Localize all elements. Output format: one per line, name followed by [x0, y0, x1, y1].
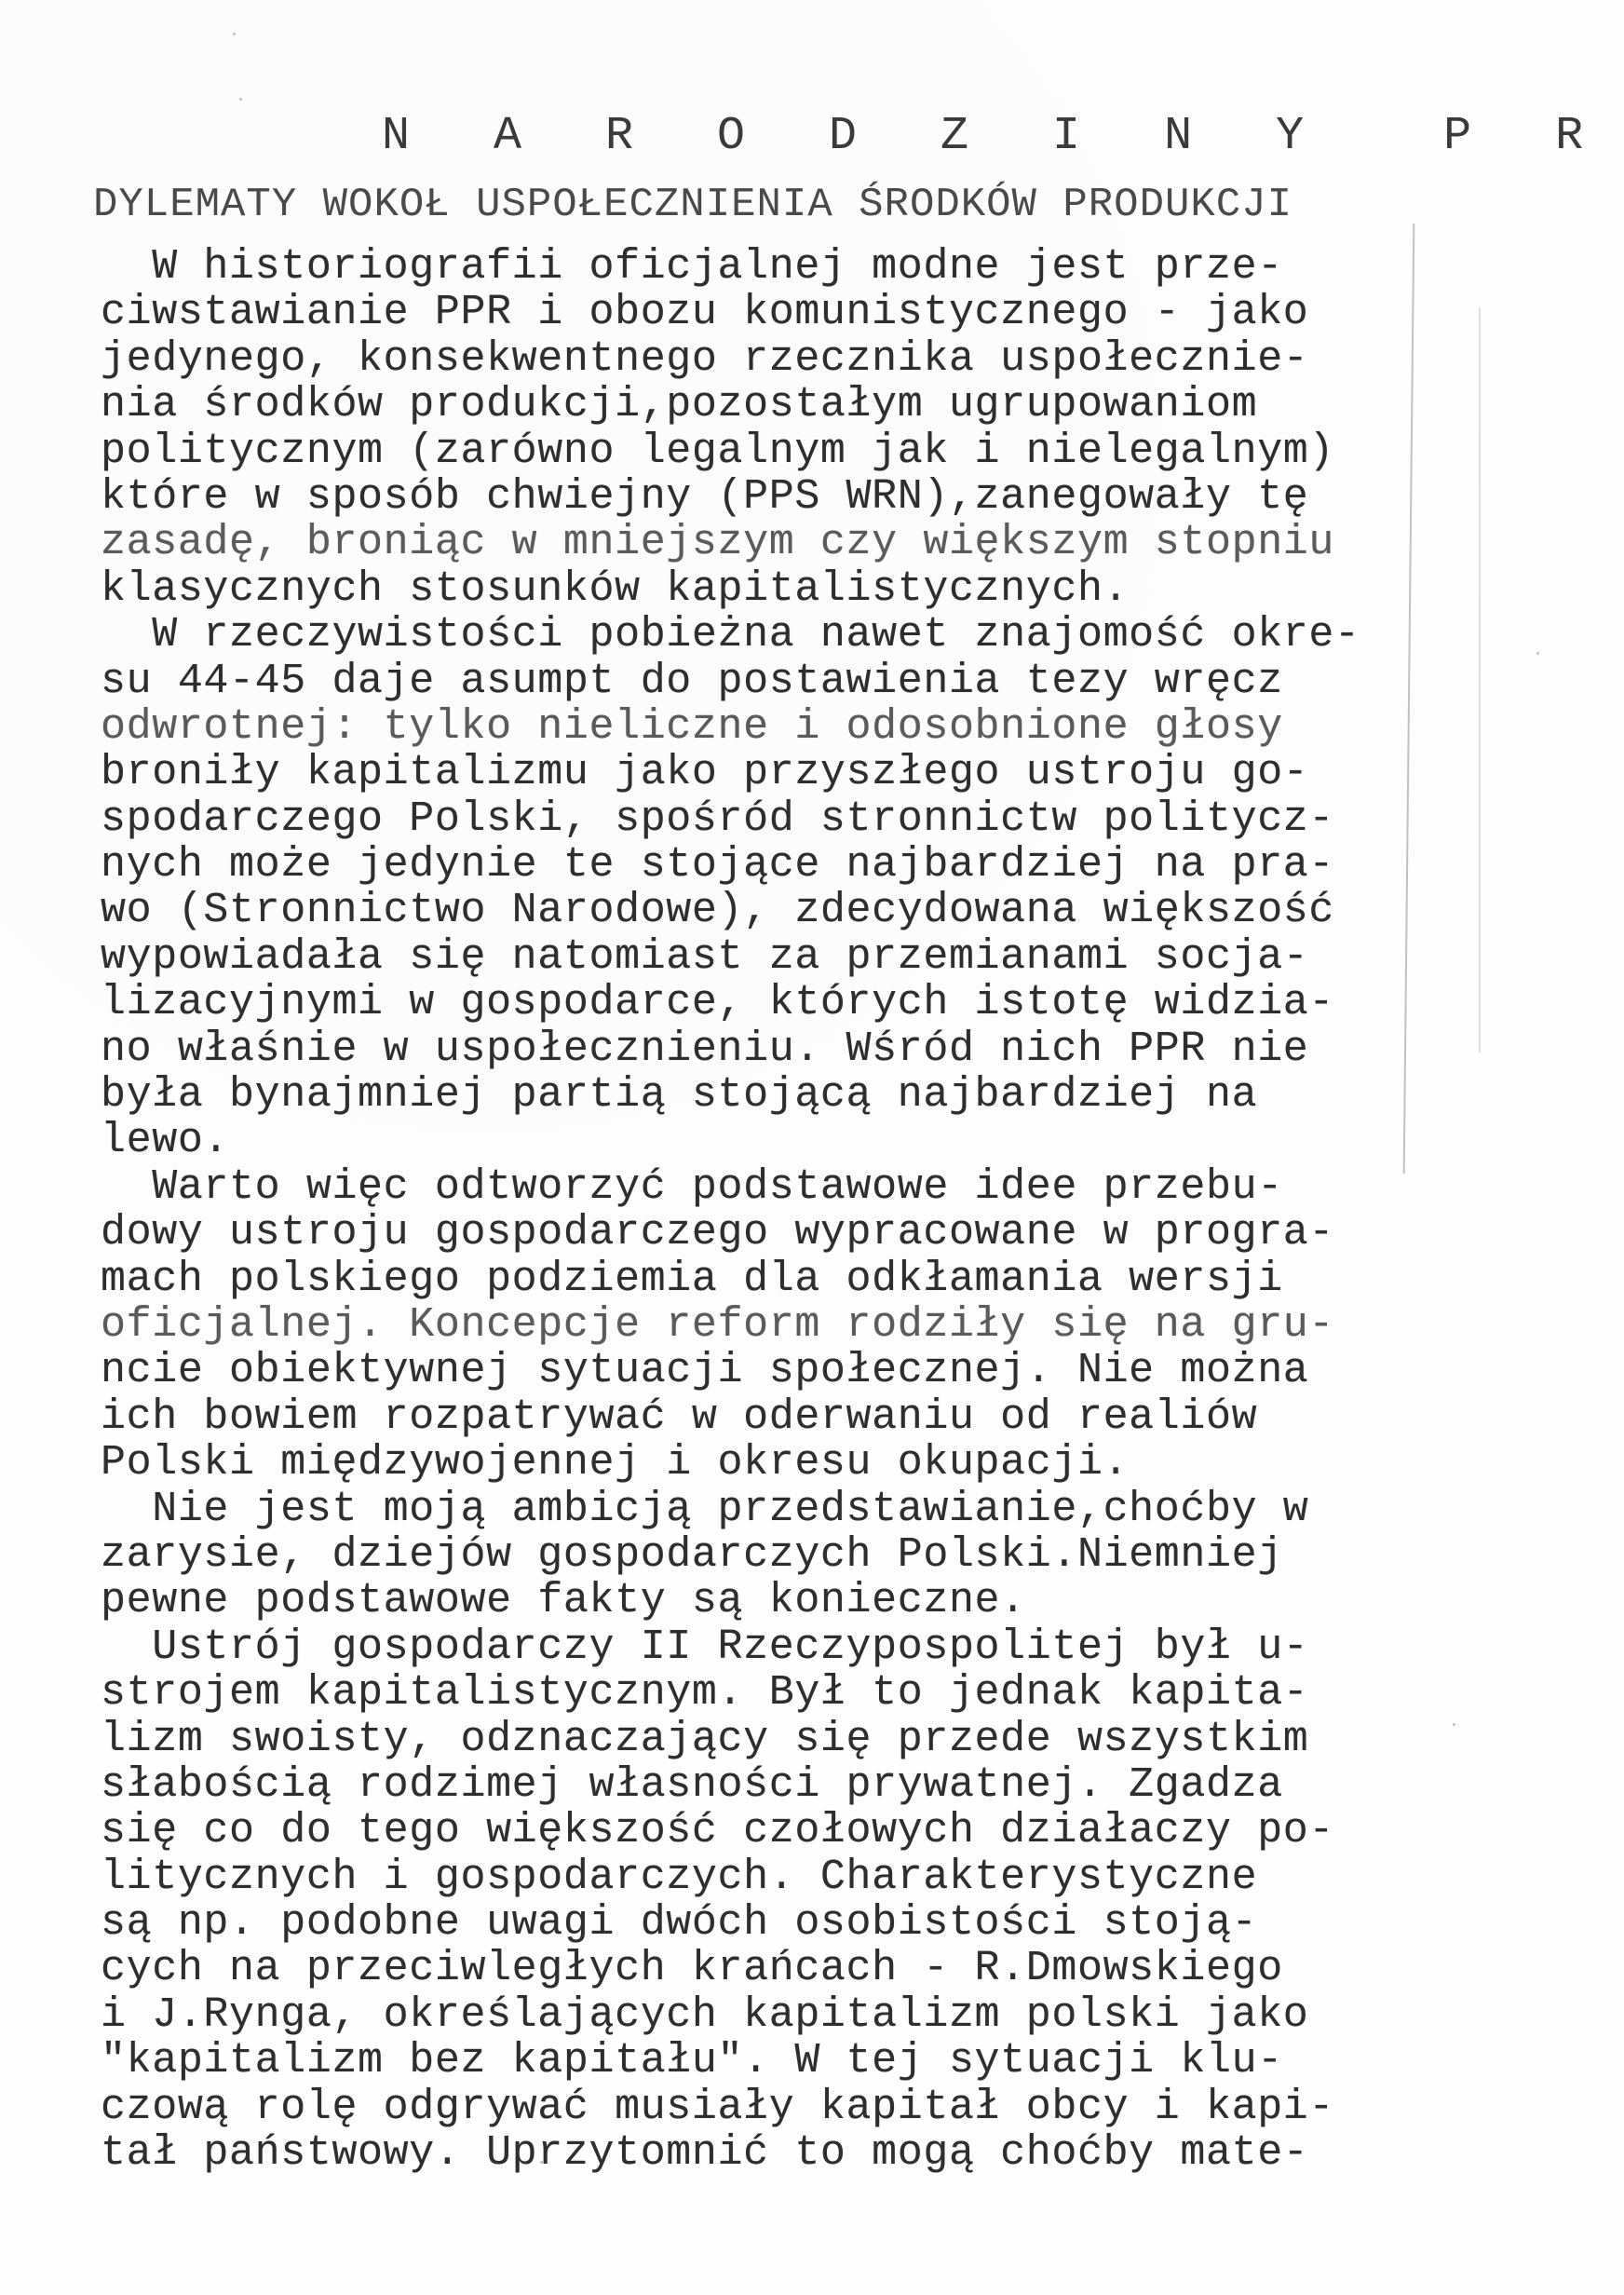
- text-line: słabością rodzimej własności prywatnej. …: [101, 1762, 1497, 1808]
- text-line: no właśnie w uspołecznieniu. Wśród nich …: [101, 1026, 1497, 1072]
- page-title: N A R O D Z I N Y P R L :: [382, 110, 1624, 163]
- text-line: wo (Stronnictwo Narodowe), zdecydowana w…: [101, 888, 1497, 933]
- text-line: ncie obiektywnej sytuacji społecznej. Ni…: [101, 1348, 1497, 1393]
- text-line: czową rolę odgrywać musiały kapitał obcy…: [101, 2085, 1497, 2130]
- text-line: lewo.: [101, 1118, 1497, 1163]
- text-line: su 44-45 daje asumpt do postawienia tezy…: [101, 659, 1497, 704]
- text-line: oficjalnej. Koncepcje reform rodziły się…: [101, 1302, 1497, 1348]
- text-line: strojem kapitalistycznym. Był to jednak …: [101, 1670, 1497, 1716]
- text-line: politycznym (zarówno legalnym jak i niel…: [101, 428, 1497, 474]
- text-line: lizm swoisty, odznaczający się przede ws…: [101, 1717, 1497, 1762]
- text-line: lizacyjnymi w gospodarce, których istotę…: [101, 980, 1497, 1025]
- body-text: W historiografii oficjalnej modne jest p…: [101, 244, 1497, 2176]
- text-line: odwrotnej: tylko nieliczne i odosobnione…: [101, 704, 1497, 750]
- text-line: które w sposób chwiejny (PPS WRN),zanego…: [101, 474, 1497, 520]
- scan-speck: [540, 2161, 543, 2164]
- scan-speck: [239, 98, 242, 101]
- text-line: klasycznych stosunków kapitalistycznych.: [101, 566, 1497, 612]
- text-line: Polski międzywojennej i okresu okupacji.: [101, 1440, 1497, 1486]
- text-line: pewne podstawowe fakty są konieczne.: [101, 1578, 1497, 1623]
- text-line: zarysie, dziejów gospodarczych Polski.Ni…: [101, 1532, 1497, 1578]
- scanned-page: N A R O D Z I N Y P R L : DYLEMATY WOKOŁ…: [0, 0, 1624, 2295]
- text-line: jedynego, konsekwentnego rzecznika uspoł…: [101, 336, 1497, 382]
- scan-speck: [1536, 652, 1539, 655]
- text-line: dowy ustroju gospodarczego wypracowane w…: [101, 1210, 1497, 1256]
- text-line: są np. podobne uwagi dwóch osobistości s…: [101, 1900, 1497, 1946]
- text-line: tał państwowy. Uprzytomnić to mogą choćb…: [101, 2130, 1497, 2176]
- text-line: mach polskiego podziemia dla odkłamania …: [101, 1256, 1497, 1302]
- text-line: ciwstawianie PPR i obozu komunistycznego…: [101, 290, 1497, 335]
- text-line: cych na przeciwległych krańcach - R.Dmow…: [101, 1946, 1497, 1991]
- text-line: broniły kapitalizmu jako przyszłego ustr…: [101, 750, 1497, 795]
- text-line: W historiografii oficjalnej modne jest p…: [101, 244, 1497, 290]
- text-line: i J.Rynga, określających kapitalizm pols…: [101, 1992, 1497, 2038]
- text-line: nych może jedynie te stojące najbardziej…: [101, 842, 1497, 888]
- text-line: Warto więc odtworzyć podstawowe idee prz…: [101, 1164, 1497, 1210]
- text-line: wypowiadała się natomiast za przemianami…: [101, 934, 1497, 980]
- text-line: Ustrój gospodarczy II Rzeczypospolitej b…: [101, 1624, 1497, 1670]
- text-line: litycznych i gospodarczych. Charakteryst…: [101, 1854, 1497, 1900]
- scan-speck: [1453, 1723, 1455, 1726]
- text-line: się co do tego większość czołowych dział…: [101, 1808, 1497, 1854]
- page-subtitle: DYLEMATY WOKOŁ USPOŁECZNIENIA ŚRODKÓW PR…: [93, 182, 1292, 228]
- text-line: zasadę, broniąc w mniejszym czy większym…: [101, 520, 1497, 565]
- text-line: ich bowiem rozpatrywać w oderwaniu od re…: [101, 1394, 1497, 1440]
- text-line: "kapitalizm bez kapitału". W tej sytuacj…: [101, 2038, 1497, 2084]
- text-line: nia środków produkcji,pozostałym ugrupow…: [101, 382, 1497, 428]
- text-line: W rzeczywistości pobieżna nawet znajomoś…: [101, 612, 1497, 658]
- text-line: Nie jest moją ambicją przedstawianie,cho…: [101, 1487, 1497, 1532]
- scan-speck: [233, 33, 236, 35]
- text-line: była bynajmniej partią stojącą najbardzi…: [101, 1072, 1497, 1118]
- text-line: spodarczego Polski, spośród stronnictw p…: [101, 796, 1497, 842]
